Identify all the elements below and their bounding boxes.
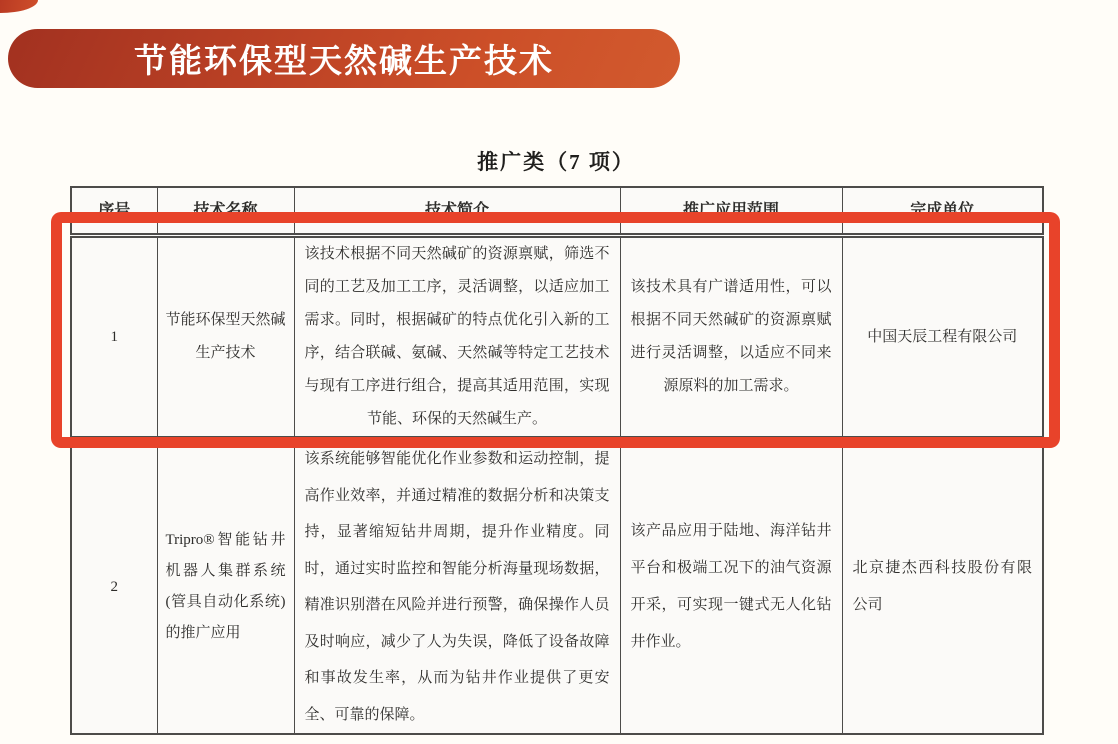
corner-swoosh-decoration <box>0 0 38 13</box>
col-header-application-scope: 推广应用范围 <box>620 187 842 236</box>
col-header-completing-unit: 完成单位 <box>842 187 1043 236</box>
col-header-serial: 序号 <box>71 187 157 236</box>
title-banner: 节能环保型天然碱生产技术 <box>8 29 680 88</box>
cell-tech-intro: 该技术根据不同天然碱矿的资源禀赋，筛选不同的工艺及加工工序，灵活调整，以适应加工… <box>294 236 620 439</box>
col-header-tech-intro: 技术简介 <box>294 187 620 236</box>
cell-tech-intro: 该系统能够智能优化作业参数和运动控制，提高作业效率，并通过精准的数据分析和决策支… <box>294 439 620 735</box>
cell-completing-unit: 北京捷杰西科技股份有限公司 <box>842 439 1043 735</box>
table-row-2: 2 Tripro®智能钻井机器人集群系统(管具自动化系统)的推广应用 该系统能够… <box>71 439 1043 735</box>
cell-tech-name: 节能环保型天然碱生产技术 <box>157 236 294 439</box>
table-header-row: 序号 技术名称 技术简介 推广应用范围 完成单位 <box>71 187 1043 236</box>
promotion-table: 序号 技术名称 技术简介 推广应用范围 完成单位 1 节能环保型天然碱生产技术 … <box>70 186 1044 735</box>
cell-application-scope: 该产品应用于陆地、海洋钻井平台和极端工况下的油气资源开采，可实现一键式无人化钻井… <box>620 439 842 735</box>
col-header-tech-name: 技术名称 <box>157 187 294 236</box>
section-title: 推广类（7 项） <box>70 146 1042 176</box>
cell-application-scope: 该技术具有广谱适用性，可以根据不同天然碱矿的资源禀赋进行灵活调整，以适应不同来源… <box>620 236 842 439</box>
cell-completing-unit: 中国天辰工程有限公司 <box>842 236 1043 439</box>
cell-serial-number: 1 <box>71 236 157 439</box>
cell-tech-name: Tripro®智能钻井机器人集群系统(管具自动化系统)的推广应用 <box>157 439 294 735</box>
cell-serial-number: 2 <box>71 439 157 735</box>
table-row-1: 1 节能环保型天然碱生产技术 该技术根据不同天然碱矿的资源禀赋，筛选不同的工艺及… <box>71 236 1043 439</box>
banner-title: 节能环保型天然碱生产技术 <box>134 35 554 82</box>
